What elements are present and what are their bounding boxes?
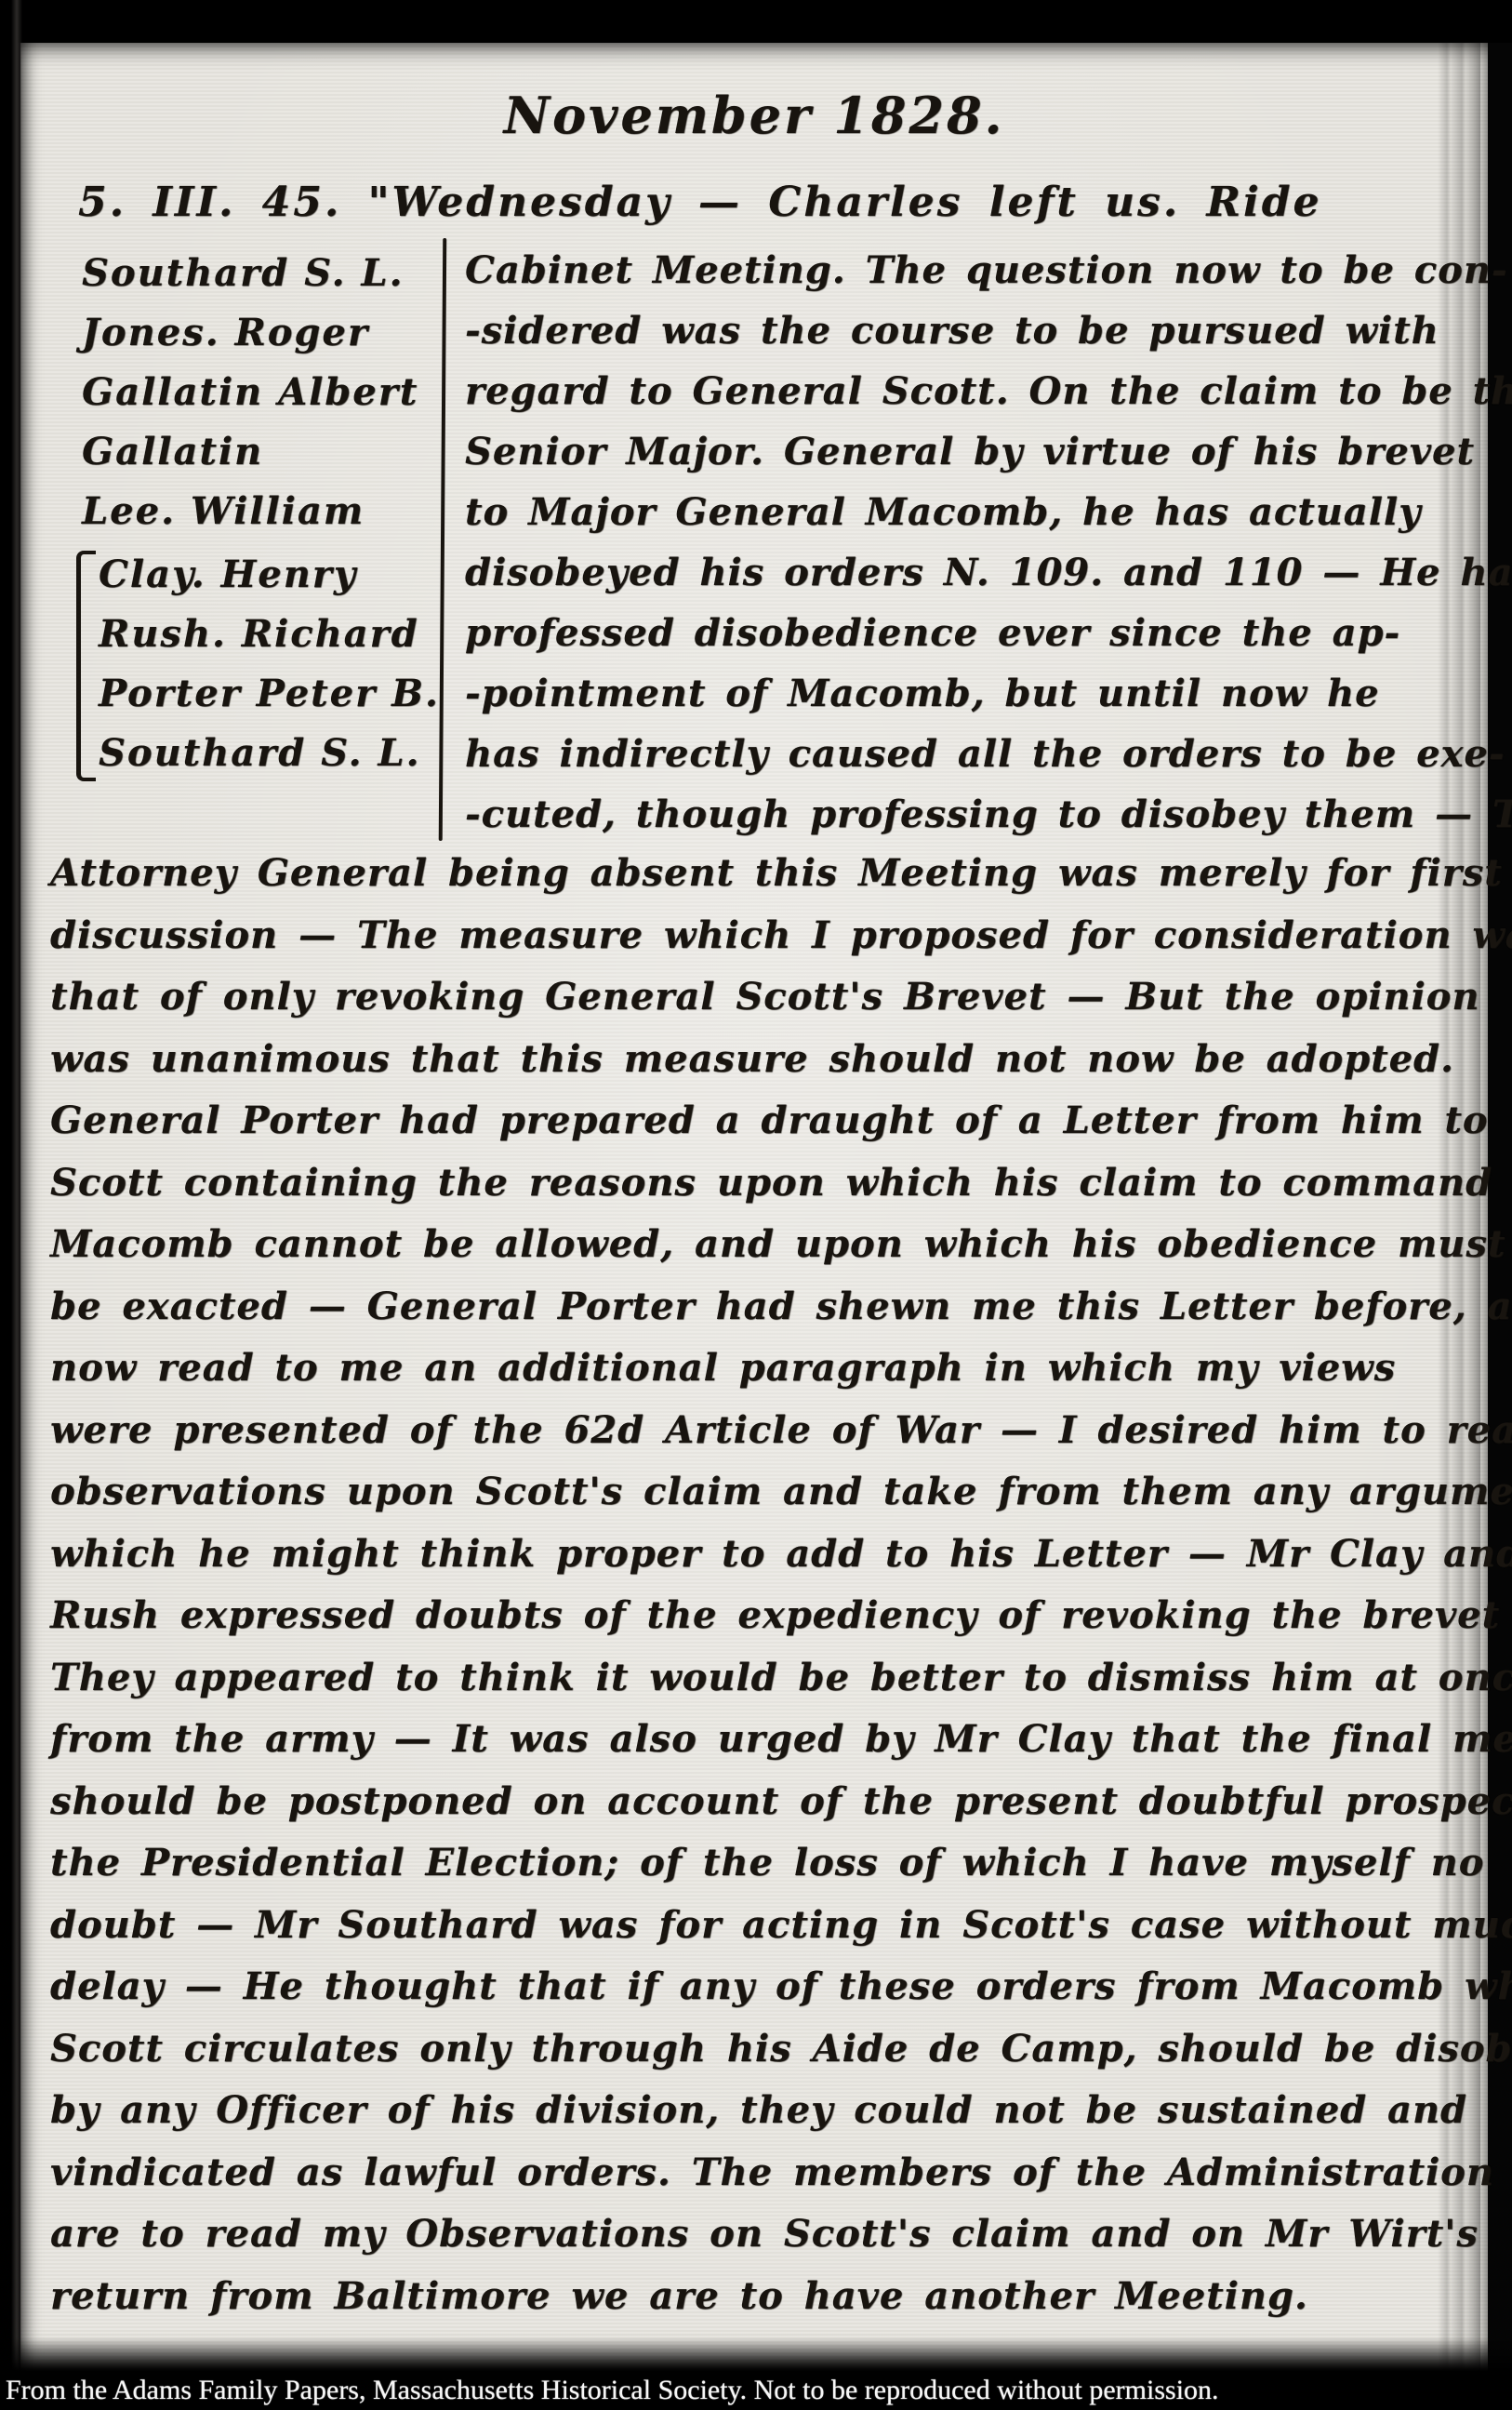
entry-column-text: Cabinet Meeting. The question now to be … xyxy=(465,240,1480,845)
attendee-name: Porter Peter B. xyxy=(99,664,446,724)
attendee-name: Lee. William xyxy=(82,482,446,541)
manuscript-line: doubt — Mr Southard was for acting in Sc… xyxy=(50,1895,1477,1957)
photo-bottom-shadow xyxy=(0,2337,1512,2371)
attendee-names-bracketed: Clay. Henry Rush. Richard Porter Peter B… xyxy=(82,545,446,783)
manuscript-line: Scott containing the reasons upon which … xyxy=(50,1152,1477,1215)
manuscript-line: They appeared to think it would be bette… xyxy=(50,1647,1477,1710)
manuscript-line: was unanimous that this measure should n… xyxy=(50,1029,1477,1091)
manuscript-line: regard to General Scott. On the claim to… xyxy=(465,361,1480,421)
entry-body-text: Attorney General being absent this Meeti… xyxy=(50,843,1477,2327)
manuscript-line: that of only revoking General Scott's Br… xyxy=(50,966,1477,1029)
manuscript-line: were presented of the 62d Article of War… xyxy=(50,1400,1477,1462)
manuscript-line: Senior Major. General by virtue of his b… xyxy=(465,421,1480,482)
manuscript-line: discussion — The measure which I propose… xyxy=(50,905,1477,967)
manuscript-line: should be postponed on account of the pr… xyxy=(50,1771,1477,1833)
attendee-name: Jones. Roger xyxy=(82,303,446,363)
entry-dateline: 5. III. 45. "Wednesday — Charles left us… xyxy=(78,179,1321,226)
manuscript-line: delay — He thought that if any of these … xyxy=(50,1956,1477,2018)
manuscript-line: now read to me an additional paragraph i… xyxy=(50,1338,1477,1400)
photo-top-border xyxy=(0,0,1512,43)
entry-month-title: November 1828. xyxy=(20,86,1488,145)
archive-caption-text: From the Adams Family Papers, Massachuse… xyxy=(0,2371,1219,2410)
manuscript-line: are to read my Observations on Scott's c… xyxy=(50,2204,1477,2266)
manuscript-line: vindicated as lawful orders. The members… xyxy=(50,2142,1477,2204)
manuscript-line: Scott circulates only through his Aide d… xyxy=(50,2018,1477,2081)
manuscript-line: -pointment of Macomb, but until now he xyxy=(465,663,1480,724)
book-spine-edge xyxy=(0,0,22,2410)
manuscript-line: be exacted — General Porter had shewn me… xyxy=(50,1276,1477,1338)
attendee-name: Gallatin xyxy=(82,422,446,482)
manuscript-line: professed disobedience ever since the ap… xyxy=(465,603,1480,663)
manuscript-line: from the army — It was also urged by Mr … xyxy=(50,1709,1477,1771)
attendee-name: Southard S. L. xyxy=(82,244,446,303)
manuscript-line: has indirectly caused all the orders to … xyxy=(465,724,1480,784)
manuscript-line: General Porter had prepared a draught of… xyxy=(50,1090,1477,1152)
attendee-name-list: Southard S. L. Jones. Roger Gallatin Alb… xyxy=(82,244,446,783)
attendee-name: Rush. Richard xyxy=(99,605,446,664)
manuscript-line: Macomb cannot be allowed, and upon which… xyxy=(50,1214,1477,1276)
attendee-names-plain: Southard S. L. Jones. Roger Gallatin Alb… xyxy=(82,244,446,541)
manuscript-line: observations upon Scott's claim and take… xyxy=(50,1461,1477,1524)
manuscript-line: by any Officer of his division, they cou… xyxy=(50,2080,1477,2142)
manuscript-line: to Major General Macomb, he has actually xyxy=(465,482,1480,542)
manuscript-scan: November 1828. 5. III. 45. "Wednesday — … xyxy=(0,0,1512,2410)
hand-drawn-bracket xyxy=(76,551,96,781)
manuscript-line: -cuted, though professing to disobey the… xyxy=(465,784,1480,845)
manuscript-line: which he might think proper to add to hi… xyxy=(50,1524,1477,1586)
manuscript-line: Attorney General being absent this Meeti… xyxy=(50,843,1477,905)
manuscript-line: disobeyed his orders N. 109. and 110 — H… xyxy=(465,542,1480,603)
diary-page: November 1828. 5. III. 45. "Wednesday — … xyxy=(20,41,1488,2373)
manuscript-line: Rush expressed doubts of the expediency … xyxy=(50,1585,1477,1647)
attendee-name: Clay. Henry xyxy=(99,545,446,605)
archive-caption-band: From the Adams Family Papers, Massachuse… xyxy=(0,2371,1512,2410)
manuscript-line: -sidered was the course to be pursued wi… xyxy=(465,300,1480,361)
attendee-name: Gallatin Albert xyxy=(82,363,446,422)
manuscript-line: Cabinet Meeting. The question now to be … xyxy=(465,240,1480,300)
manuscript-line: the Presidential Election; of the loss o… xyxy=(50,1832,1477,1895)
attendee-name: Southard S. L. xyxy=(99,724,446,783)
manuscript-line: return from Baltimore we are to have ano… xyxy=(50,2266,1477,2328)
